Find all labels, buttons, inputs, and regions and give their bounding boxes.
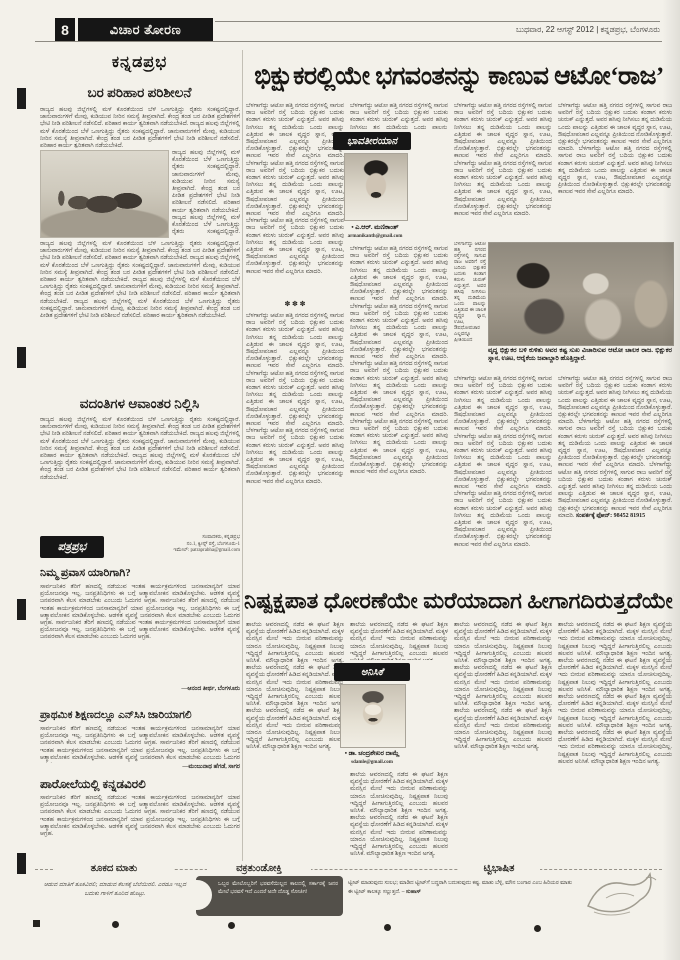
header-rule-top: [215, 21, 660, 22]
author2-portrait: [340, 684, 406, 748]
bottom-dot: [228, 922, 235, 929]
footer-quote2-box: ಒಬ್ಬರ ಮೇಲೊಬ್ಬರಿಗೆ ಭರವಸೆಯಿಲ್ಲದ ಕಾಲದಲ್ಲಿ ಸ…: [196, 876, 343, 916]
footer-quote1-title: ತೂಕದ ಮಾತು: [55, 861, 173, 876]
article2-col1-text: ಶಾಲೆಯ ಆವರಣದಲ್ಲಿ ನಡೆದ ಈ ಘಟನೆ ಶಿಕ್ಷಣ ವ್ಯವಸ…: [246, 622, 344, 862]
article1-photo-caption: ವೃದ್ಧ ಭಿಕ್ಷುಕರ ಬಳಿ ಕುಳಿತು ಅವರ ಕಷ್ಟ ಸುಖ ವ…: [488, 347, 672, 372]
footer-quote3-attribution: – ಸುಹಾಸ್: [400, 889, 421, 895]
article1-col3-text2: ಬೆಳಗಾಗೆದ್ದು ಆಟೋ ಹತ್ತಿ ನಗರದ ರಸ್ತೆಗಳಲ್ಲಿ ಸ…: [454, 376, 552, 575]
letter1-text: ಸಾರ್ವಜನಿಕರ ತೆರಿಗೆ ಹಣದಲ್ಲಿ ನಡೆಯುವ ಇಂತಹ ಕಾ…: [40, 584, 240, 684]
bottom-dot: [384, 924, 391, 931]
footer-quote3-text: ಟ್ವೀಟ್ ಮಾಡುವುದು ಸುಲಭ; ಮಾಡಿದ ಟ್ವೀಟ್‌ಗೆ ಬದ…: [348, 879, 572, 919]
article1-separator: ✽ ✽ ✽: [246, 300, 344, 310]
article1-contact: ಸಂಪರ್ಕಕ್ಕೆ ಫೋನ್: 98452 81915: [576, 513, 645, 519]
article1-col4-body: ಬೆಳಗಾಗೆದ್ದು ಆಟೋ ಹತ್ತಿ ನಗರದ ರಸ್ತೆಗಳಲ್ಲಿ ಸ…: [558, 376, 672, 519]
column-label-bhavateerayana: ಭಾವತೀರಯಾನ: [333, 132, 411, 150]
article1-col2-text2: ಬೆಳಗಾಗೆದ್ದು ಆಟೋ ಹತ್ತಿ ನಗರದ ರಸ್ತೆಗಳಲ್ಲಿ ಸ…: [350, 246, 448, 575]
section-title: ವಿಚಾರ ತೋರಣ: [78, 18, 213, 41]
letter1-signature: —ಆನಂದ ತೀರ್ಥ, ಬೆಂಗಳೂರು: [40, 686, 240, 695]
letters-address: ಸಂಪಾದಕರು, ಕನ್ನಡಪ್ರಭ ನಂ.1, ಕ್ವೀನ್ಸ್ ರಸ್ತೆ…: [104, 535, 240, 561]
left-edge-mark: [17, 347, 26, 368]
paper-masthead: ಕನ್ನಡಪ್ರಭ: [37, 54, 242, 74]
article1-col4-text2: ಬೆಳಗಾಗೆದ್ದು ಆಟೋ ಹತ್ತಿ ನಗರದ ರಸ್ತೆಗಳಲ್ಲಿ ಸ…: [558, 376, 672, 575]
left-edge-mark: [17, 88, 26, 109]
author1-email: armanikanth@gmail.com: [328, 234, 422, 242]
author1-portrait: [344, 153, 408, 221]
letter2-text: ಸಾರ್ವಜನಿಕರ ತೆರಿಗೆ ಹಣದಲ್ಲಿ ನಡೆಯುವ ಇಂತಹ ಕಾ…: [40, 726, 240, 763]
editorial2-text: ರಾಜ್ಯದ ಹಲವು ಜಿಲ್ಲೆಗಳಲ್ಲಿ ಮಳೆ ಕೊರತೆಯಿಂದ ಬ…: [40, 417, 240, 529]
auto-raja-with-beggar-photo: [488, 242, 674, 346]
editorial1-text: ರಾಜ್ಯದ ಹಲವು ಜಿಲ್ಲೆಗಳಲ್ಲಿ ಮಳೆ ಕೊರತೆಯಿಂದ ಬ…: [40, 107, 240, 148]
article2-col3-text: ಶಾಲೆಯ ಆವರಣದಲ್ಲಿ ನಡೆದ ಈ ಘಟನೆ ಶಿಕ್ಷಣ ವ್ಯವಸ…: [454, 622, 552, 862]
footer-quote3-title: ಟ್ವಿಭಾಷಿತ: [458, 861, 540, 876]
editorial2-headline: ವದಂತಿಗಳ ಆವಾಂತರ ನಿಲ್ಲಿಸಿ: [37, 396, 242, 413]
article2-headline: ನಿಷ್ಪಕ್ಷಪಾತ ಧೋರಣೆಯೇ ಮರೆಯಾದಾಗ ಹೀಗಾಗದಿರುತ್…: [244, 585, 674, 618]
column-divider: [242, 50, 243, 865]
newspaper-page: 8 ವಿಚಾರ ತೋರಣ ಬುಧವಾರ, 22 ಆಗಸ್ಟ್ 2012 | ಕನ…: [0, 0, 680, 960]
letters-section-label: ಪತ್ರಪ್ರಭ: [40, 536, 104, 558]
dateline: ಬುಧವಾರ, 22 ಆಗಸ್ಟ್ 2012 | ಕನ್ನಡಪ್ರಭ, ಬೆಂಗ…: [330, 25, 660, 39]
bottom-mark: [33, 920, 40, 927]
editorial1-text-cont: ರಾಜ್ಯದ ಹಲವು ಜಿಲ್ಲೆಗಳಲ್ಲಿ ಮಳೆ ಕೊರತೆಯಿಂದ ಬ…: [40, 241, 240, 390]
article2-col2-text2: ಶಾಲೆಯ ಆವರಣದಲ್ಲಿ ನಡೆದ ಈ ಘಟನೆ ಶಿಕ್ಷಣ ವ್ಯವಸ…: [350, 772, 448, 862]
article1-col1-text: ಬೆಳಗಾಗೆದ್ದು ಆಟೋ ಹತ್ತಿ ನಗರದ ರಸ್ತೆಗಳಲ್ಲಿ ಸ…: [246, 103, 344, 298]
author2-byline: • ಡಾ. ಚಂದ್ರಶೇಖರ ದಾಮ್ಲೆ: [326, 750, 418, 759]
drought-cattle-photo: [40, 150, 169, 238]
letter2-headline: ಪ್ರಾಥಮಿಕ ಶಿಕ್ಷಣದಲ್ಲೂ ಎನ್‌ಸಿಸಿ ಜಾರಿಯಾಗಲಿ: [40, 710, 240, 723]
header-rule-bottom: [35, 41, 662, 42]
bottom-dot: [112, 921, 119, 928]
letter1-headline: ನಿಮ್ಮ ಪ್ರವಾಸ ಯಾರಿಗಾಗಿ?: [40, 567, 240, 581]
footer-quote2-title: ವಕ್ರತುಂಡೋಕ್ತಿ: [207, 861, 311, 876]
author2-email: sdamle@gmail.com: [326, 760, 418, 768]
letter3-text: ಸಾರ್ವಜನಿಕರ ತೆರಿಗೆ ಹಣದಲ್ಲಿ ನಡೆಯುವ ಇಂತಹ ಕಾ…: [40, 795, 240, 862]
article1-col3-sliver-text: ಬೆಳಗಾಗೆದ್ದು ಆಟೋ ಹತ್ತಿ ನಗರದ ರಸ್ತೆಗಳಲ್ಲಿ ಸ…: [454, 242, 486, 342]
footer-quote3-body: ಟ್ವೀಟ್ ಮಾಡುವುದು ಸುಲಭ; ಮಾಡಿದ ಟ್ವೀಟ್‌ಗೆ ಬದ…: [348, 880, 572, 895]
article1-col2-text: ಬೆಳಗಾಗೆದ್ದು ಆಟೋ ಹತ್ತಿ ನಗರದ ರಸ್ತೆಗಳಲ್ಲಿ ಸ…: [350, 103, 448, 129]
footer-quote1-text: ಆಡುವ ಮಾತಿಗೆ ತೂಕವಿರಲಿ; ಮಾಡುವ ಕೆಲಸಕ್ಕೆ ಬೆಲ…: [40, 881, 190, 917]
article2-col4-text: ಶಾಲೆಯ ಆವರಣದಲ್ಲಿ ನಡೆದ ಈ ಘಟನೆ ಶಿಕ್ಷಣ ವ್ಯವಸ…: [558, 622, 672, 862]
author1-byline: • ಎ.ಆರ್. ಮಣಿಕಾಂತ್: [328, 224, 422, 233]
column-label-anisike: ಅನಿಸಿಕೆ: [334, 663, 410, 681]
left-edge-mark: [17, 853, 26, 874]
letter3-headline: ಪಾರೋಲೆಯಲ್ಲಿ ಕನ್ನಡವಿರಲಿ: [40, 777, 240, 792]
footer-quote2-text: ಒಬ್ಬರ ಮೇಲೊಬ್ಬರಿಗೆ ಭರವಸೆಯಿಲ್ಲದ ಕಾಲದಲ್ಲಿ ಸ…: [218, 880, 338, 912]
article1-col4-text: ಬೆಳಗಾಗೆದ್ದು ಆಟೋ ಹತ್ತಿ ನಗರದ ರಸ್ತೆಗಳಲ್ಲಿ ಸ…: [558, 103, 672, 240]
left-edge-mark: [17, 599, 26, 620]
article1-headline: ಭಿಕ್ಷುಕರಲ್ಲಿಯೇ ಭಗವಂತನನ್ನು ಕಾಣುವ ಆಟೋ‘ರಾಜ’: [246, 58, 672, 98]
page-number: 8: [55, 18, 75, 41]
article1-col3-text: ಬೆಳಗಾಗೆದ್ದು ಆಟೋ ಹತ್ತಿ ನಗರದ ರಸ್ತೆಗಳಲ್ಲಿ ಸ…: [454, 103, 552, 240]
letter2-signature: —ಮಂಜುನಾಥ ಹೆಗಡೆ, ಸಾಗರ: [40, 764, 240, 773]
bird-sketch-icon: [580, 864, 665, 929]
bottom-dot: [534, 925, 541, 932]
article2-col2-text: ಶಾಲೆಯ ಆವರಣದಲ್ಲಿ ನಡೆದ ಈ ಘಟನೆ ಶಿಕ್ಷಣ ವ್ಯವಸ…: [350, 622, 448, 660]
article1-col1-text2: ಬೆಳಗಾಗೆದ್ದು ಆಟೋ ಹತ್ತಿ ನಗರದ ರಸ್ತೆಗಳಲ್ಲಿ ಸ…: [246, 313, 344, 575]
editorial1-headline: ಬರ ಪರಿಹಾರ ಪರಿಶೀಲನೆ: [37, 85, 242, 103]
editorial1-wrap-text: ರಾಜ್ಯದ ಹಲವು ಜಿಲ್ಲೆಗಳಲ್ಲಿ ಮಳೆ ಕೊರತೆಯಿಂದ ಬ…: [172, 150, 240, 236]
